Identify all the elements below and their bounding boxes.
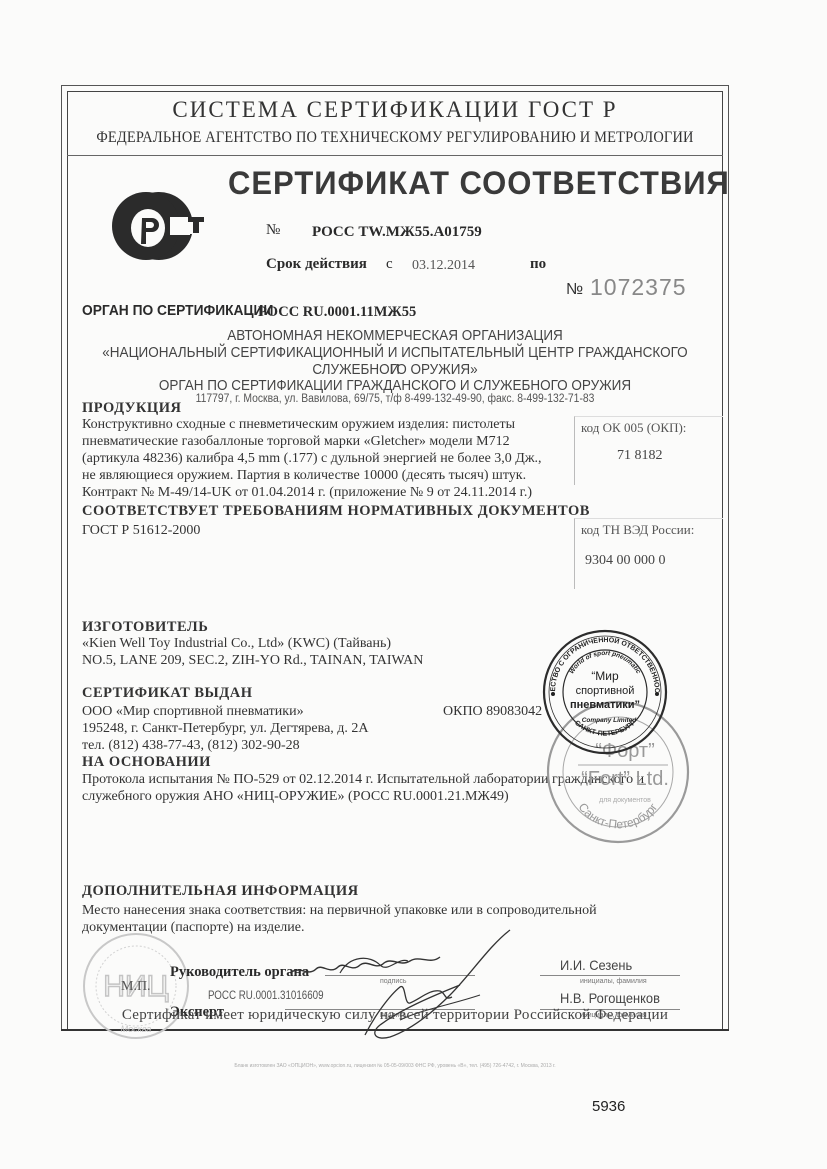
okp-code-label: код ОК 005 (ОКП): — [575, 417, 723, 436]
expert-name: Н.В. Рогощенков — [560, 990, 660, 1006]
rst-gost-logo-icon — [110, 190, 206, 262]
head-name: И.И. Сезень — [560, 957, 632, 973]
issued-to-phone: тел. (812) 438-77-43, (812) 302-90-28 — [82, 737, 300, 754]
tnved-code-box: код ТН ВЭД России: 9304 00 000 0 — [574, 518, 723, 589]
validity-to-label: по — [530, 256, 546, 273]
certification-body-address: 117797, г. Москва, ул. Вавилова, 69/75, … — [100, 393, 690, 405]
validity-label: Срок действия — [266, 256, 367, 273]
normative-label: СООТВЕТСТВУЕТ ТРЕБОВАНИЯМ НОРМАТИВНЫХ ДО… — [82, 503, 590, 520]
signature-scribbles — [280, 925, 540, 1050]
product-label: ПРОДУКЦИЯ — [82, 400, 181, 417]
product-line: пневматические газобаллоные торговой мар… — [82, 433, 582, 450]
legal-validity-note: Сертификат имеет юридическую силу на все… — [67, 1007, 723, 1024]
head-name-caption: инициалы, фамилия — [580, 978, 647, 985]
manufacturer-address: NO.5, LANE 209, SEC.2, ZIH-YO Rd., TAINA… — [82, 652, 423, 669]
serial-sign: № — [566, 281, 583, 299]
issued-to-address: 195248, г. Санкт-Петербург, ул. Дегтярев… — [82, 720, 369, 737]
certification-body-code: РОСС RU.0001.11МЖ55 — [258, 304, 416, 321]
system-title: СИСТЕМА СЕРТИФИКАЦИИ ГОСТ Р — [67, 97, 723, 123]
number-sign: № — [266, 222, 280, 239]
okpo-code: ОКПО 89083042 — [443, 703, 542, 720]
manufacturer-name: «Kien Well Toy Industrial Co., Ltd» (KWC… — [82, 635, 391, 652]
certification-body-line: ОРГАН ПО СЕРТИФИКАЦИИ ГРАЖДАНСКОГО И СЛУ… — [100, 377, 690, 394]
agency-name: ФЕДЕРАЛЬНОЕ АГЕНТСТВО ПО ТЕХНИЧЕСКОМУ РЕ… — [90, 129, 700, 147]
certification-body-label: ОРГАН ПО СЕРТИФИКАЦИИ — [82, 303, 273, 319]
certificate-title: СЕРТИФИКАТ СООТВЕТСТВИЯ — [228, 165, 730, 202]
header-divider — [67, 155, 723, 156]
basis-label: НА ОСНОВАНИИ — [82, 754, 211, 771]
product-line: (артикула 48236) калибра 4,5 mm (.177) с… — [82, 450, 582, 467]
certification-body-line: АВТОНОМНАЯ НЕКОММЕРЧЕСКАЯ ОРГАНИЗАЦИЯ — [100, 327, 690, 344]
issued-to-label: СЕРТИФИКАТ ВЫДАН — [82, 685, 253, 702]
basis-text: Протокола испытания № ПО-529 от 02.12.20… — [82, 771, 682, 805]
stamp-place-label: М.П. — [121, 979, 151, 995]
certificate-number: РОСС TW.МЖ55.А01759 — [312, 224, 482, 241]
product-line: Контракт № М-49/14-UK от 01.04.2014 г. (… — [82, 484, 582, 501]
validity-from-label: с — [386, 256, 393, 273]
manufacturer-label: ИЗГОТОВИТЕЛЬ — [82, 619, 208, 636]
product-description: Конструктивно сходные с пневметическим о… — [82, 416, 582, 501]
certification-body-line: СЛУЖЕБНОГО ОРУЖИЯ» — [100, 361, 690, 378]
product-line: Конструктивно сходные с пневметическим о… — [82, 416, 582, 433]
head-name-line — [540, 975, 680, 976]
page-number: 5936 — [592, 1098, 625, 1115]
basis-line: служебного оружия АНО «НИЦ-ОРУЖИЕ» (РОСС… — [82, 788, 682, 805]
okp-code-value: 71 8182 — [575, 436, 723, 464]
tnved-code-value: 9304 00 000 0 — [575, 538, 723, 569]
issued-to-company: ООО «Мир спортивной пневматики» — [82, 703, 304, 720]
tnved-code-label: код ТН ВЭД России: — [575, 519, 723, 538]
product-line: не являющиеся оружием. Партия в количест… — [82, 467, 582, 484]
okp-code-box: код ОК 005 (ОКП): 71 8182 — [574, 416, 723, 485]
additional-info-label: ДОПОЛНИТЕЛЬНАЯ ИНФОРМАЦИЯ — [82, 883, 359, 900]
print-note: Бланк изготовлен ЗАО «ОПЦИОН», www.opcio… — [67, 1063, 723, 1069]
normative-document: ГОСТ Р 51612-2000 — [82, 522, 200, 539]
valid-from-date: 03.12.2014 — [412, 258, 475, 274]
form-serial-number: 1072375 — [590, 274, 687, 301]
additional-info-line: Место нанесения знака соответствия: на п… — [82, 902, 672, 919]
basis-line: Протокола испытания № ПО-529 от 02.12.20… — [82, 771, 682, 788]
